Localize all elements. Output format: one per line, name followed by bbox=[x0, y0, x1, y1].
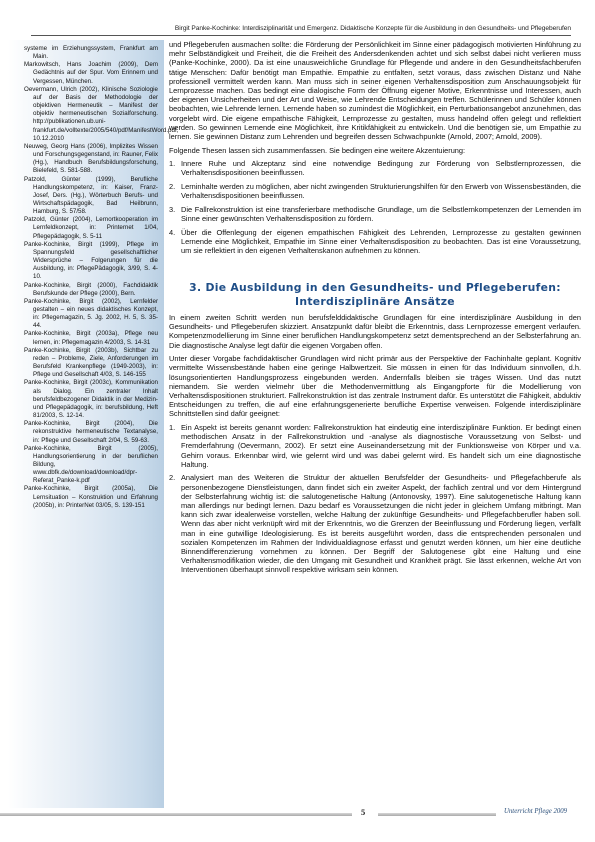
main-text-column: und Pflegeberufen ausmachen sollte: die … bbox=[169, 40, 581, 579]
reference-entry: Panke-Kochinke, Birgit (1999), Pflege im… bbox=[24, 241, 158, 282]
body-paragraph: In einem zweiten Schritt werden nun beru… bbox=[169, 313, 581, 350]
thesis-item: 2.Lerninhalte werden zu möglichen, aber … bbox=[169, 182, 581, 200]
interface-text: Analysiert man des Weiteren die Struktur… bbox=[181, 473, 581, 574]
page-number: 5 bbox=[361, 807, 365, 817]
reference-entry: Neuweg, Georg Hans (2006), Implizites Wi… bbox=[24, 143, 158, 176]
reference-entry: Panke-Kochinke, Birgit (2003a), Pflege n… bbox=[24, 330, 158, 346]
interfaces-list: 1.Ein Aspekt ist bereits genannt worden:… bbox=[169, 423, 581, 575]
reference-entry: Markowitsch, Hans Joachim (2009), Dem Ge… bbox=[24, 61, 158, 85]
body-paragraph: Unter dieser Vorgabe fachdidaktischer Gr… bbox=[169, 354, 581, 418]
reference-entry: Panke-Kochinke, Birgit (2003b), Sichtbar… bbox=[24, 347, 158, 380]
thesis-item: 4.Über die Offenlegung der eigenen empat… bbox=[169, 228, 581, 256]
section-title: Die Ausbildung in den Gesundheits- und P… bbox=[205, 281, 560, 307]
list-number: 4. bbox=[169, 228, 175, 237]
running-header: Birgit Panke-Kochinke: Interdisziplinari… bbox=[31, 25, 571, 36]
footer-rule bbox=[0, 813, 352, 816]
thesis-text: Lerninhalte werden zu möglichen, aber ni… bbox=[181, 182, 581, 200]
interface-item: 1.Ein Aspekt ist bereits genannt worden:… bbox=[169, 423, 581, 469]
reference-entry: Panke-Kochinke, Birgit (2003c), Kommunik… bbox=[24, 379, 158, 420]
body-paragraph: Folgende Thesen lassen sich zusammenfass… bbox=[169, 146, 581, 155]
list-number: 1. bbox=[169, 159, 175, 168]
list-number: 2. bbox=[169, 182, 175, 191]
theses-list: 1.Innere Ruhe und Akzeptanz sind eine no… bbox=[169, 159, 581, 255]
list-number: 2. bbox=[169, 473, 175, 482]
reference-entry: Panke-Kochinke, Birgit (2002), Lernfelde… bbox=[24, 298, 158, 331]
thesis-text: Die Fallrekonstruktion ist eine transfer… bbox=[181, 205, 581, 223]
running-title: Birgit Panke-Kochinke: Interdisziplinari… bbox=[175, 25, 571, 32]
page-footer: 5 Unterricht Pflege 2009 bbox=[0, 807, 595, 821]
interface-item: 2.Analysiert man des Weiteren die Strukt… bbox=[169, 473, 581, 574]
references-sidebar: systeme im Erziehungssystem, Frankfurt a… bbox=[8, 40, 164, 808]
list-number: 1. bbox=[169, 423, 175, 432]
reference-entry: Panke-Kochinke, Birgit (2005), Handlungs… bbox=[24, 445, 158, 486]
thesis-text: Über die Offenlegung der eigenen empathi… bbox=[181, 228, 581, 255]
section-number: 3. bbox=[189, 281, 201, 294]
reference-entry: systeme im Erziehungssystem, Frankfurt a… bbox=[24, 45, 158, 61]
reference-entry: Patzold, Günter (2004), Lernortkooperati… bbox=[24, 216, 158, 240]
reference-entry: Panke-Kochinke, Birgit (2005a), Die Lern… bbox=[24, 485, 158, 509]
reference-list: systeme im Erziehungssystem, Frankfurt a… bbox=[24, 45, 158, 510]
reference-entry: Oevermann, Ulrich (2002), Klinische Sozi… bbox=[24, 86, 158, 143]
body-paragraph: und Pflegeberufen ausmachen sollte: die … bbox=[169, 40, 581, 141]
journal-name: Unterricht Pflege 2009 bbox=[504, 808, 567, 815]
reference-entry: Panke-Kochinke, Birgit (2004), Die rekon… bbox=[24, 420, 158, 444]
interface-text: Ein Aspekt ist bereits genannt worden: F… bbox=[181, 423, 581, 469]
thesis-item: 3.Die Fallrekonstruktion ist eine transf… bbox=[169, 205, 581, 223]
reference-entry: Panke-Kochinke, Birgit (2000), Fachdidak… bbox=[24, 282, 158, 298]
list-number: 3. bbox=[169, 205, 175, 214]
section-heading: 3. Die Ausbildung in den Gesundheits- un… bbox=[169, 281, 581, 308]
thesis-item: 1.Innere Ruhe und Akzeptanz sind eine no… bbox=[169, 159, 581, 177]
reference-entry: Patzold, Günter (1999), Berufliche Handl… bbox=[24, 176, 158, 217]
footer-rule bbox=[378, 813, 496, 816]
thesis-text: Innere Ruhe und Akzeptanz sind eine notw… bbox=[181, 159, 581, 177]
